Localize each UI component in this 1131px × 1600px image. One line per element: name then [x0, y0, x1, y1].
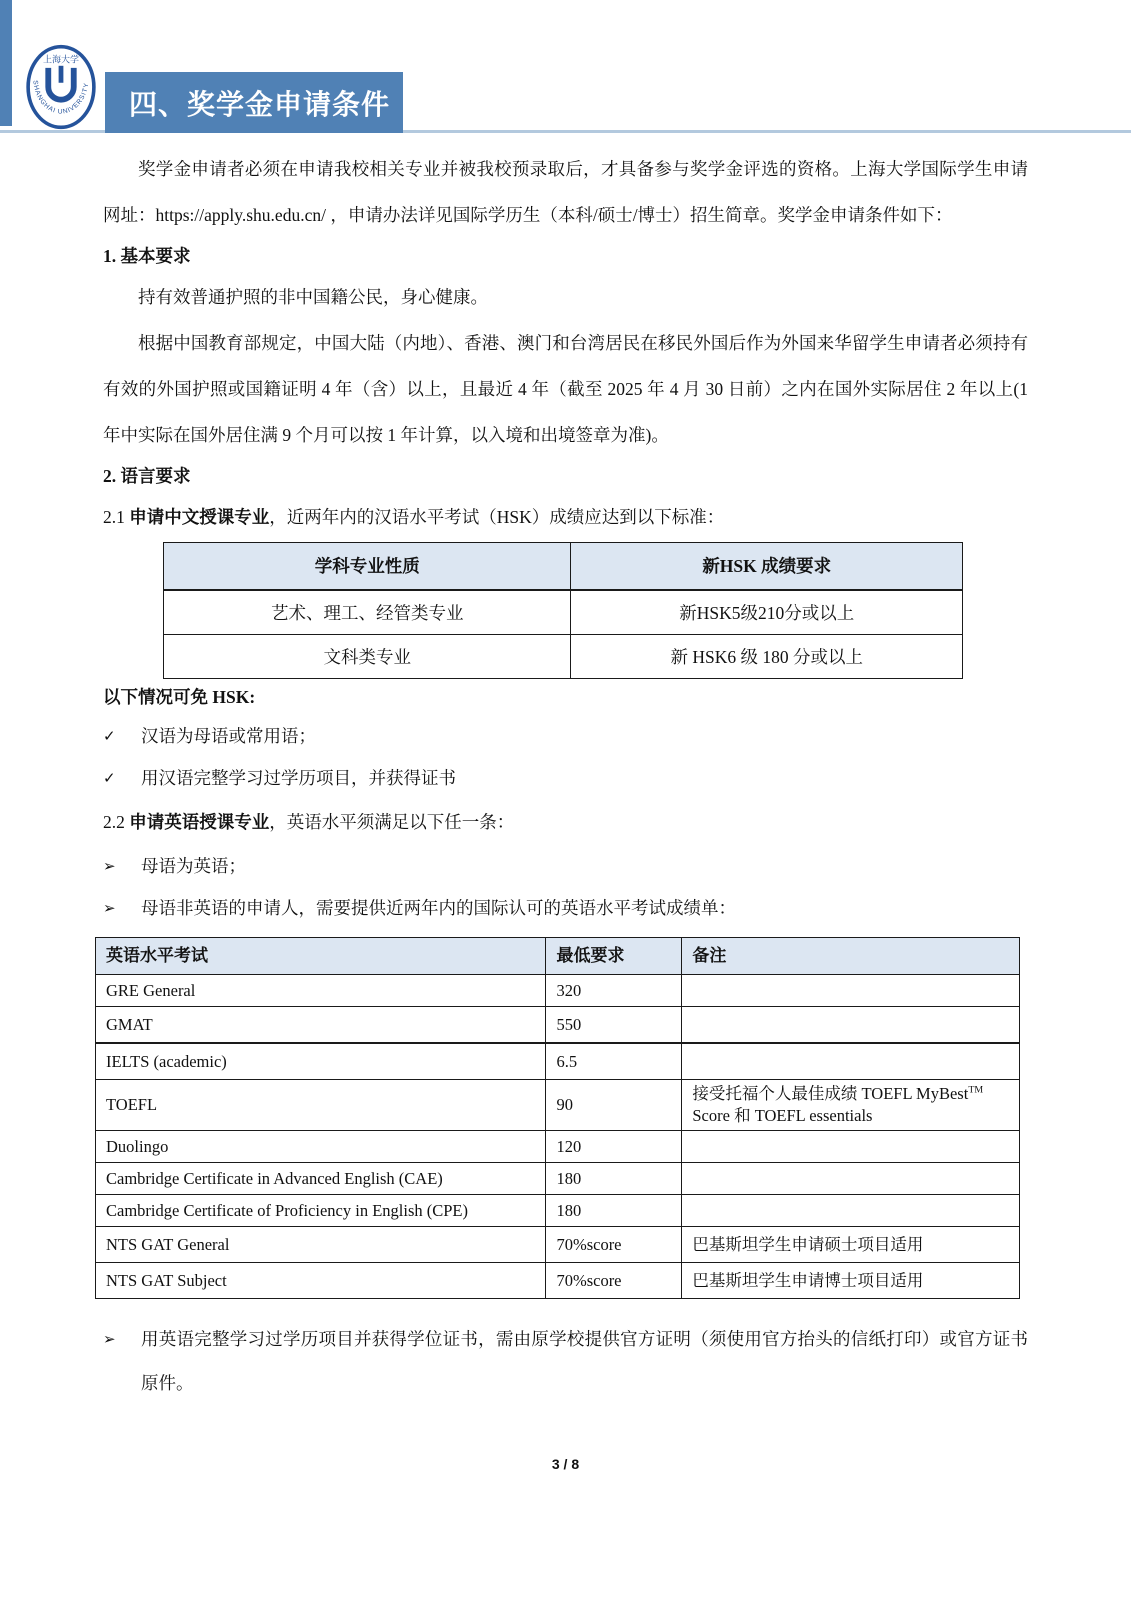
english-col-header-minimum: 最低要求	[546, 938, 682, 975]
arrowhead-icon: ➢	[103, 845, 141, 887]
hsk-col-header-subject: 学科专业性质	[164, 543, 571, 591]
application-url[interactable]: https://apply.shu.edu.cn/	[156, 205, 326, 225]
section2-2-number: 2.2	[103, 812, 129, 832]
test-remark	[682, 975, 1020, 1007]
section2-1-rest: ，近两年内的汉语水平考试（HSK）成绩应达到以下标准：	[269, 507, 724, 527]
test-name: Cambridge Certificate of Proficiency in …	[96, 1195, 546, 1227]
page-content: 奖学金申请者必须在申请我校相关专业并被我校预录取后，才具备参与奖学金评选的资格。…	[103, 146, 1028, 1405]
english-tests-table: 英语水平考试 最低要求 备注 GRE General 320 GMAT 550	[95, 937, 1020, 1299]
check-list-item: ✓ 用汉语完整学习过学历项目，并获得证书	[103, 757, 1028, 799]
english-table-header-row: 英语水平考试 最低要求 备注	[96, 938, 1020, 975]
page-number: 3 / 8	[0, 1456, 1131, 1472]
test-minimum: 70%score	[546, 1227, 682, 1263]
test-name: Duolingo	[96, 1131, 546, 1163]
test-name: TOEFL	[96, 1080, 546, 1131]
section2-2-line: 2.2 申请英语授课专业，英语水平须满足以下任一条：	[103, 799, 1028, 845]
hsk-exempt-heading: 以下情况可免 HSK:	[103, 679, 1028, 715]
english-test-row: IELTS (academic) 6.5	[96, 1043, 1020, 1080]
english-col-header-test: 英语水平考试	[96, 938, 546, 975]
toefl-remark-text: 接受托福个人最佳成绩 TOEFL MyBest	[692, 1084, 968, 1103]
hsk-cell-score: 新 HSK6 级 180 分或以上	[571, 635, 963, 679]
check-item-text: 用汉语完整学习过学历项目，并获得证书	[141, 757, 1028, 799]
check-item-text: 汉语为母语或常用语；	[141, 715, 1028, 757]
test-name: GMAT	[96, 1007, 546, 1044]
test-name: Cambridge Certificate in Advanced Englis…	[96, 1163, 546, 1195]
test-remark	[682, 1163, 1020, 1195]
test-remark: 接受托福个人最佳成绩 TOEFL MyBestTM Score 和 TOEFL …	[682, 1080, 1020, 1131]
english-test-row: Duolingo 120	[96, 1131, 1020, 1163]
test-minimum: 6.5	[546, 1043, 682, 1080]
arrow-list-item: ➢ 母语非英语的申请人，需要提供近两年内的国际认可的英语水平考试成绩单：	[103, 887, 1028, 929]
test-remark	[682, 1195, 1020, 1227]
english-test-row: TOEFL 90 接受托福个人最佳成绩 TOEFL MyBestTM Score…	[96, 1080, 1020, 1131]
shanghai-university-logo-icon: 上海大学 SHANGHAI UNIVERSITY	[26, 44, 96, 130]
hsk-table-row: 文科类专业 新 HSK6 级 180 分或以上	[164, 635, 963, 679]
test-remark	[682, 1007, 1020, 1044]
test-minimum: 90	[546, 1080, 682, 1131]
section-banner: 四、奖学金申请条件	[105, 72, 403, 133]
hsk-table-row: 艺术、理工、经管类专业 新HSK5级210分或以上	[164, 590, 963, 635]
english-test-row: GMAT 550	[96, 1007, 1020, 1044]
intro-paragraph: 奖学金申请者必须在申请我校相关专业并被我校预录取后，才具备参与奖学金评选的资格。…	[103, 146, 1028, 238]
intro-text-after-url: ，申请办法详见国际学历生（本科/硕士/博士）招生简章。奖学金申请条件如下：	[326, 205, 953, 225]
test-minimum: 70%score	[546, 1263, 682, 1299]
english-col-header-remark: 备注	[682, 938, 1020, 975]
test-minimum: 120	[546, 1131, 682, 1163]
section1-heading: 1. 基本要求	[103, 238, 1028, 274]
test-remark	[682, 1131, 1020, 1163]
toefl-remark-text: Score 和 TOEFL essentials	[692, 1106, 872, 1125]
section2-1-bold: 申请中文授课专业	[129, 507, 269, 527]
test-name: IELTS (academic)	[96, 1043, 546, 1080]
hsk-cell-score: 新HSK5级210分或以上	[571, 590, 963, 635]
test-minimum: 180	[546, 1163, 682, 1195]
trademark-superscript: TM	[968, 1085, 983, 1096]
logo-chinese-text: 上海大学	[43, 54, 79, 65]
check-list-item: ✓ 汉语为母语或常用语；	[103, 715, 1028, 757]
hsk-col-header-score: 新HSK 成绩要求	[571, 543, 963, 591]
test-minimum: 320	[546, 975, 682, 1007]
test-remark	[682, 1043, 1020, 1080]
test-name: NTS GAT General	[96, 1227, 546, 1263]
checkmark-icon: ✓	[103, 757, 141, 799]
corner-accent-strip	[0, 0, 12, 126]
section2-2-bold: 申请英语授课专业	[129, 812, 269, 832]
english-test-row: NTS GAT General 70%score 巴基斯坦学生申请硕士项目适用	[96, 1227, 1020, 1263]
section1-paragraph1: 持有效普通护照的非中国籍公民，身心健康。	[103, 274, 1028, 320]
hsk-cell-subject: 文科类专业	[164, 635, 571, 679]
test-remark: 巴基斯坦学生申请硕士项目适用	[682, 1227, 1020, 1263]
hsk-cell-subject: 艺术、理工、经管类专业	[164, 590, 571, 635]
arrow-list-item: ➢ 用英语完整学习过学历项目并获得学位证书，需由原学校提供官方证明（须使用官方抬…	[103, 1317, 1028, 1405]
arrowhead-icon: ➢	[103, 887, 141, 929]
test-name: GRE General	[96, 975, 546, 1007]
checkmark-icon: ✓	[103, 715, 141, 757]
arrow-item-text: 母语非英语的申请人，需要提供近两年内的国际认可的英语水平考试成绩单：	[141, 887, 1028, 929]
arrowhead-icon: ➢	[103, 1317, 141, 1405]
test-minimum: 180	[546, 1195, 682, 1227]
banner-title: 四、奖学金申请条件	[129, 83, 390, 123]
english-test-row: Cambridge Certificate of Proficiency in …	[96, 1195, 1020, 1227]
section1-paragraph2: 根据中国教育部规定，中国大陆（内地）、香港、澳门和台湾居民在移民外国后作为外国来…	[103, 320, 1028, 458]
section2-heading: 2. 语言要求	[103, 458, 1028, 494]
hsk-requirements-table: 学科专业性质 新HSK 成绩要求 艺术、理工、经管类专业 新HSK5级210分或…	[163, 542, 963, 679]
test-name: NTS GAT Subject	[96, 1263, 546, 1299]
english-test-row: NTS GAT Subject 70%score 巴基斯坦学生申请博士项目适用	[96, 1263, 1020, 1299]
test-minimum: 550	[546, 1007, 682, 1044]
arrow-list-item: ➢ 母语为英语；	[103, 845, 1028, 887]
final-item-text: 用英语完整学习过学历项目并获得学位证书，需由原学校提供官方证明（须使用官方抬头的…	[141, 1317, 1028, 1405]
english-test-row: GRE General 320	[96, 975, 1020, 1007]
section2-2-rest: ，英语水平须满足以下任一条：	[269, 812, 514, 832]
test-remark: 巴基斯坦学生申请博士项目适用	[682, 1263, 1020, 1299]
arrow-item-text: 母语为英语；	[141, 845, 1028, 887]
hsk-table-header-row: 学科专业性质 新HSK 成绩要求	[164, 543, 963, 591]
section2-1-number: 2.1	[103, 507, 129, 527]
document-page: 上海大学 SHANGHAI UNIVERSITY 四、奖学金申请条件 奖学金申请…	[0, 0, 1131, 1600]
english-test-row: Cambridge Certificate in Advanced Englis…	[96, 1163, 1020, 1195]
section2-1-line: 2.1 申请中文授课专业，近两年内的汉语水平考试（HSK）成绩应达到以下标准：	[103, 494, 1028, 540]
